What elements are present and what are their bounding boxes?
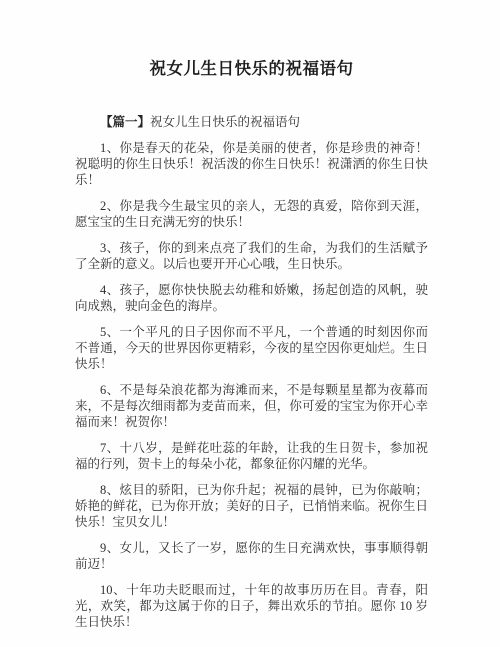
section-heading-label: 【篇一】 — [100, 115, 150, 129]
section-heading-text: 祝女儿生日快乐的祝福语句 — [150, 115, 300, 129]
paragraph: 9、女儿，又长了一岁，愿你的生日充满欢快，事事顺得朝前迈！ — [75, 540, 428, 572]
paragraph: 2、你是我今生最宝贝的亲人，无怨的真爱，陪你到天涯，愿宝宝的生日充满无穷的快乐！ — [75, 198, 428, 230]
paragraph: 3、孩子，你的到来点亮了我们的生命，为我们的生活赋予了全新的意义。以后也要开开心… — [75, 240, 428, 272]
paragraph: 1、你是春天的花朵，你是美丽的使者，你是珍贵的神奇！祝聪明的你生日快乐！祝活泼的… — [75, 140, 428, 188]
paragraph: 4、孩子，愿你快快脱去幼稚和娇嫩，扬起创造的风帆，驶向成熟，驶向金色的海岸。 — [75, 282, 428, 314]
paragraph: 5、一个平凡的日子因你而不平凡，一个普通的时刻因你而不普通，今天的世界因你更精彩… — [75, 324, 428, 372]
paragraph: 6、不是每朵浪花都为海滩而来，不是每颗星星都为夜幕而来，不是每次细雨都为麦苗而来… — [75, 382, 428, 430]
section-heading: 【篇一】祝女儿生日快乐的祝福语句 — [75, 114, 428, 130]
document-page: 祝女儿生日快乐的祝福语句 【篇一】祝女儿生日快乐的祝福语句 1、你是春天的花朵，… — [0, 0, 500, 647]
paragraph: 7、十八岁，是鲜花吐蕊的年龄，让我的生日贺卡，参加祝福的行列，贺卡上的每朵小花，… — [75, 440, 428, 472]
page-title: 祝女儿生日快乐的祝福语句 — [75, 57, 428, 81]
paragraph: 10、十年功夫眨眼而过，十年的故事历历在目。青春，阳光，欢笑，都为这属于你的日子… — [75, 582, 428, 630]
paragraph: 8、炫目的骄阳，已为你升起；祝福的晨钟，已为你敲响；娇艳的鲜花，已为你开放；美好… — [75, 482, 428, 530]
